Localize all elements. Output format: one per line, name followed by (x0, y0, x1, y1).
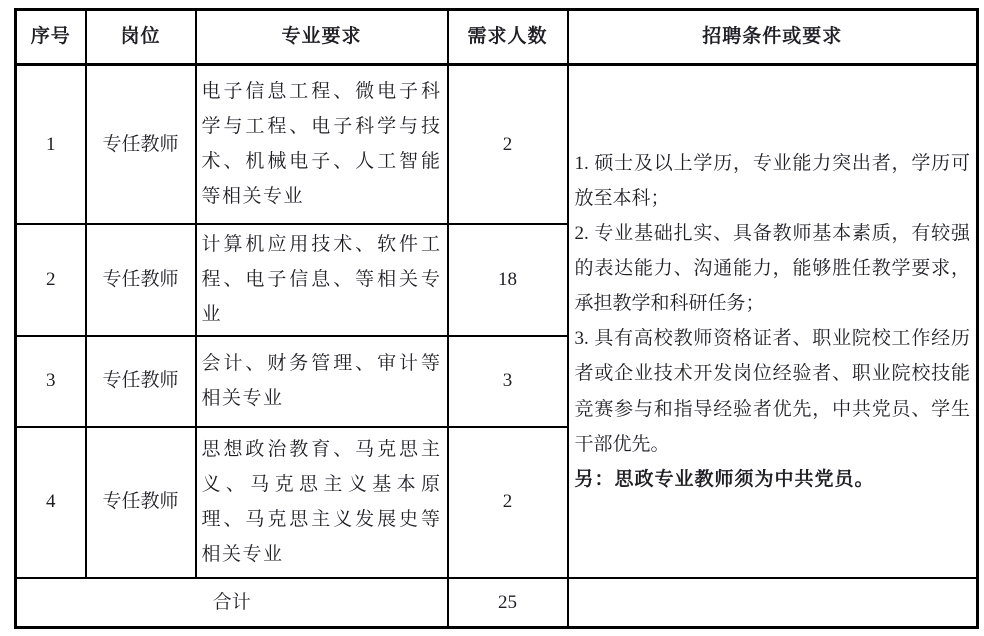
cell-headcount: 18 (448, 224, 568, 336)
cell-serial-number: 2 (16, 224, 86, 336)
cell-total-conditions-empty (568, 578, 978, 628)
requirement-item-2: 2. 专业基础扎实、具备教师基本素质，有较强的表达能力、沟通能力，能够胜任教学要… (575, 216, 971, 321)
cell-total-label: 合计 (16, 578, 448, 628)
cell-headcount: 3 (448, 336, 568, 427)
table-row: 1 专任教师 电子信息工程、微电子科学与工程、电子科学与技术、机械电子、人工智能… (16, 65, 978, 224)
cell-position: 专任教师 (86, 427, 196, 578)
cell-serial-number: 4 (16, 427, 86, 578)
cell-total-count: 25 (448, 578, 568, 628)
cell-majors: 思想政治教育、马克思主义、马克思主义基本原理、马克思主义发展史等相关专业 (196, 427, 448, 578)
header-row: 序号 岗位 专业要求 需求人数 招聘条件或要求 (16, 10, 978, 65)
requirement-note: 另：思政专业教师须为中共党员。 (575, 462, 971, 497)
cell-headcount: 2 (448, 65, 568, 224)
cell-majors: 电子信息工程、微电子科学与工程、电子科学与技术、机械电子、人工智能等相关专业 (196, 65, 448, 224)
cell-headcount: 2 (448, 427, 568, 578)
cell-position: 专任教师 (86, 224, 196, 336)
cell-serial-number: 3 (16, 336, 86, 427)
header-recruitment-conditions: 招聘条件或要求 (568, 10, 978, 65)
total-row: 合计 25 (16, 578, 978, 628)
requirement-item-1: 1. 硕士及以上学历，专业能力突出者，学历可放至本科； (575, 146, 971, 216)
recruitment-document-page: 序号 岗位 专业要求 需求人数 招聘条件或要求 1 专任教师 电子信息工程、微电… (0, 8, 984, 636)
recruitment-table: 序号 岗位 专业要求 需求人数 招聘条件或要求 1 专任教师 电子信息工程、微电… (14, 8, 979, 629)
cell-majors: 会计、财务管理、审计等相关专业 (196, 336, 448, 427)
cell-serial-number: 1 (16, 65, 86, 224)
header-headcount: 需求人数 (448, 10, 568, 65)
header-major-requirements: 专业要求 (196, 10, 448, 65)
cell-majors: 计算机应用技术、软件工程、电子信息、等相关专业 (196, 224, 448, 336)
header-serial-number: 序号 (16, 10, 86, 65)
header-position: 岗位 (86, 10, 196, 65)
cell-recruitment-conditions: 1. 硕士及以上学历，专业能力突出者，学历可放至本科； 2. 专业基础扎实、具备… (568, 65, 978, 578)
cell-position: 专任教师 (86, 336, 196, 427)
cell-position: 专任教师 (86, 65, 196, 224)
requirement-item-3: 3. 具有高校教师资格证者、职业院校工作经历者或企业技术开发岗位经验者、职业院校… (575, 321, 971, 462)
